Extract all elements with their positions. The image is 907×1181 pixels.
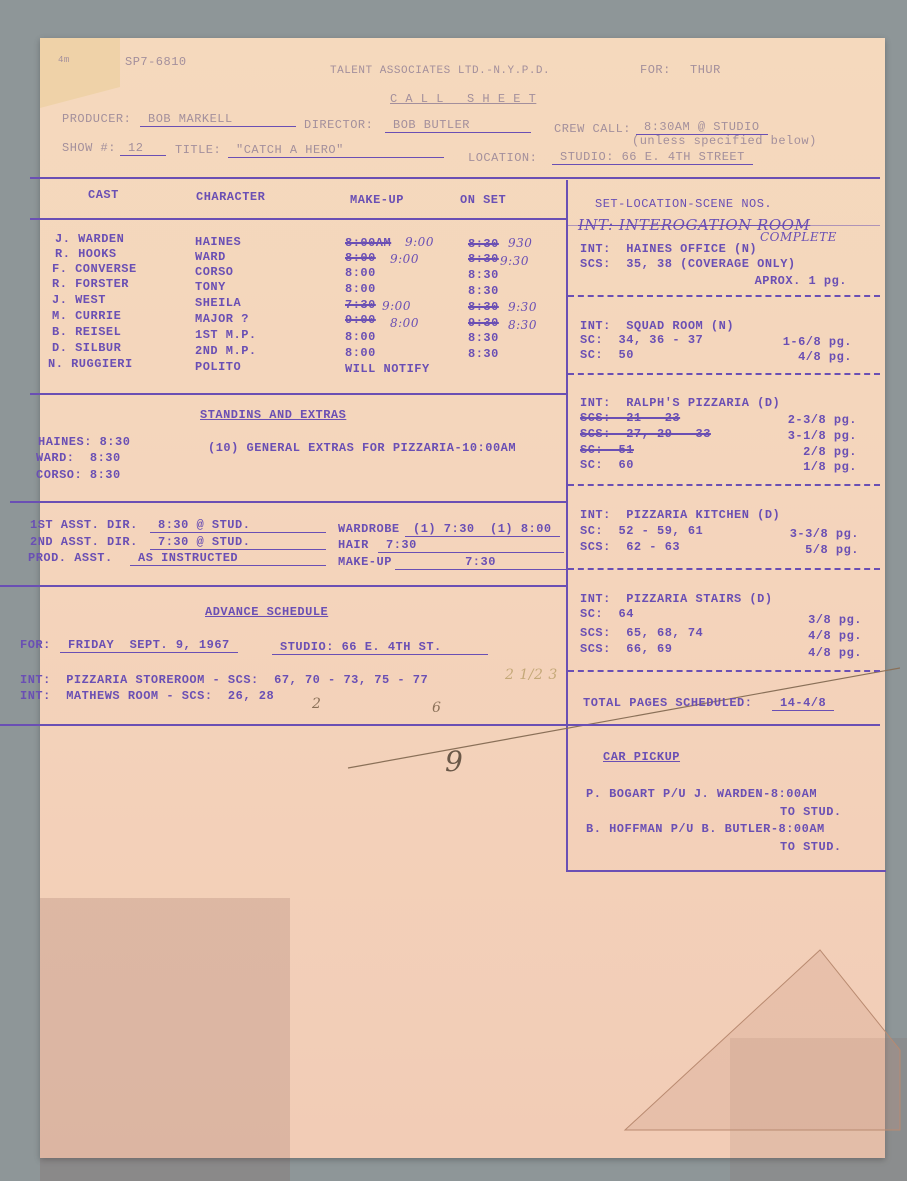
makeup-time: 8:00 xyxy=(345,266,376,280)
total-pages-label: TOTAL PAGES SCHEDULED: xyxy=(583,696,752,710)
scene-pages: 1/8 pg. xyxy=(803,460,857,474)
wardrobe-label: WARDROBE xyxy=(338,522,400,536)
onset-time-handwritten: 9:30 xyxy=(500,254,529,268)
crew-call-note: (unless specified below) xyxy=(632,134,817,148)
character-name: TONY xyxy=(195,280,226,294)
show-value: 12 xyxy=(120,141,166,156)
makeup-time-handwritten: 8:00 xyxy=(390,316,419,330)
scene-pages: 2/8 pg. xyxy=(803,445,857,459)
onset-time: 8:30 xyxy=(468,268,499,282)
wardrobe-value: (1) 7:30 (1) 8:00 xyxy=(405,522,560,537)
divider xyxy=(30,218,566,220)
standins-title: STANDINS AND EXTRAS xyxy=(200,408,346,422)
scene-pages: 5/8 pg. xyxy=(805,543,859,557)
character-name: CORSO xyxy=(195,265,234,279)
makeup-time: 9:00 xyxy=(345,313,376,327)
character-name: WARD xyxy=(195,250,226,264)
character-name: SHEILA xyxy=(195,296,241,310)
title-label: TITLE: xyxy=(175,143,221,157)
scene-numbers: SC: 34, 36 - 37 xyxy=(580,333,703,347)
character-name: POLITO xyxy=(195,360,241,374)
scene-pages: APROX. 1 pg. xyxy=(755,274,847,288)
makeup-time-handwritten: 9:00 xyxy=(405,235,434,249)
scene-pages: 4/8 pg. xyxy=(798,350,852,364)
scene-pages: 3-1/8 pg. xyxy=(788,429,857,443)
car-pickup-line: P. BOGART P/U J. WARDEN-8:00AM xyxy=(586,787,817,801)
car-pickup-line: TO STUD. xyxy=(780,840,842,854)
cast-name: N. RUGGIERI xyxy=(48,357,133,371)
pa-label: PROD. ASST. xyxy=(28,551,113,565)
car-pickup-line: B. HOFFMAN P/U B. BUTLER-8:00AM xyxy=(586,822,825,836)
scene-numbers: SC: 51 xyxy=(580,443,634,457)
dashed-divider xyxy=(568,670,880,672)
col-header-cast: CAST xyxy=(88,188,119,202)
character-name: 1ST M.P. xyxy=(195,328,257,342)
scene-numbers: SCS: 27, 29 - 33 xyxy=(580,427,711,441)
scene-numbers: SC: 64 xyxy=(580,607,634,621)
scene-title: INT: HAINES OFFICE (N) xyxy=(580,242,757,256)
car-pickup-title: CAR PICKUP xyxy=(603,750,680,764)
onset-time: 8:30 xyxy=(468,331,499,345)
divider xyxy=(566,225,880,226)
scene-numbers: SCS: 62 - 63 xyxy=(580,540,680,554)
cast-name: D. SILBUR xyxy=(52,341,121,355)
location-value: STUDIO: 66 E. 4TH STREET xyxy=(552,150,753,165)
for-value: THUR xyxy=(690,63,721,77)
first-ad-value: 8:30 @ STUD. xyxy=(150,518,326,533)
makeup-time: 8:00AM xyxy=(345,236,391,250)
onset-time: 8:30 xyxy=(468,284,499,298)
character-name: 2ND M.P. xyxy=(195,344,257,358)
show-label: SHOW #: xyxy=(62,141,116,155)
scene-title: INT: PIZZARIA STAIRS (D) xyxy=(580,592,773,606)
scene-numbers: SC: 50 xyxy=(580,348,634,362)
scene-title: INT: PIZZARIA KITCHEN (D) xyxy=(580,508,780,522)
makeup-time: WILL NOTIFY xyxy=(345,362,430,376)
standin-item: WARD: 8:30 xyxy=(36,451,121,465)
scene-pages: 3/8 pg. xyxy=(808,613,862,627)
folded-corner-bottom xyxy=(600,930,907,1150)
divider xyxy=(0,585,566,587)
cast-name: J. WARDEN xyxy=(55,232,124,246)
second-ad-label: 2ND ASST. DIR. xyxy=(30,535,138,549)
makeup-time: 7:30 xyxy=(345,298,376,312)
producer-value: BOB MARKELL xyxy=(140,112,296,127)
location-label: LOCATION: xyxy=(468,151,537,165)
onset-time: 8:30 xyxy=(468,252,499,266)
director-label: DIRECTOR: xyxy=(304,118,373,132)
makeup-value: 7:30 xyxy=(395,555,566,570)
car-pickup-line: TO STUD. xyxy=(780,805,842,819)
makeup-time: 8:00 xyxy=(345,346,376,360)
shadow xyxy=(40,898,290,1181)
makeup-time: 8:00 xyxy=(345,330,376,344)
scene-pages: 1-6/8 pg. xyxy=(783,335,852,349)
producer-label: PRODUCER: xyxy=(62,112,131,126)
cast-name: J. WEST xyxy=(52,293,106,307)
pa-value: AS INSTRUCTED xyxy=(130,551,326,566)
crew-call-label: CREW CALL: xyxy=(554,122,631,136)
scene-numbers: SC: 60 xyxy=(580,458,634,472)
page-title: C A L L S H E E T xyxy=(390,92,536,106)
cast-name: R. FORSTER xyxy=(52,277,129,291)
col-header-onset: ON SET xyxy=(460,193,506,207)
dashed-divider xyxy=(568,373,880,375)
dashed-divider xyxy=(568,295,880,297)
hair-value: 7:30 xyxy=(378,538,564,553)
episode-title: "CATCH A HERO" xyxy=(228,143,444,158)
makeup-time: 8:00 xyxy=(345,282,376,296)
scenes-header: SET-LOCATION-SCENE NOS. xyxy=(595,197,772,211)
character-name: MAJOR ? xyxy=(195,312,249,326)
cast-name: B. REISEL xyxy=(52,325,121,339)
cast-name: F. CONVERSE xyxy=(52,262,137,276)
makeup-label: MAKE-UP xyxy=(338,555,392,569)
scene-pages: 4/8 pg. xyxy=(808,629,862,643)
makeup-time: 8:00 xyxy=(345,251,376,265)
first-ad-label: 1ST ASST. DIR. xyxy=(30,518,138,532)
dashed-divider xyxy=(568,484,880,486)
divider xyxy=(0,724,880,726)
second-ad-value: 7:30 @ STUD. xyxy=(150,535,326,550)
for-label: FOR: xyxy=(640,63,671,77)
onset-time: 8:30 xyxy=(468,347,499,361)
divider xyxy=(30,393,566,395)
divider xyxy=(30,177,880,179)
onset-time: 8:30 xyxy=(468,237,499,251)
handwritten-complete: COMPLETE xyxy=(760,230,837,244)
onset-time-handwritten: 930 xyxy=(508,236,532,250)
scene-title: INT: RALPH'S PIZZARIA (D) xyxy=(580,396,780,410)
form-code: SP7-6810 xyxy=(125,55,187,69)
onset-time: 8:30 xyxy=(468,300,499,314)
total-pages-value: 14-4/8 xyxy=(772,696,834,711)
onset-time-handwritten: 8:30 xyxy=(508,318,537,332)
divider xyxy=(566,870,886,872)
scene-pages: 2-3/8 pg. xyxy=(788,413,857,427)
scene-pages: 3-3/8 pg. xyxy=(790,527,859,541)
advance-line: INT: MATHEWS ROOM - SCS: 26, 28 xyxy=(20,689,274,703)
onset-time: 9:30 xyxy=(468,316,499,330)
crew-call-value: 8:30AM @ STUDIO xyxy=(636,120,768,135)
divider xyxy=(10,501,566,503)
makeup-time-handwritten: 9:00 xyxy=(390,252,419,266)
hair-label: HAIR xyxy=(338,538,369,552)
advance-for-label: FOR: xyxy=(20,638,51,652)
standin-item: HAINES: 8:30 xyxy=(38,435,130,449)
scene-title: INT: SQUAD ROOM (N) xyxy=(580,319,734,333)
makeup-time-handwritten: 9:00 xyxy=(382,299,411,313)
dashed-divider xyxy=(568,568,880,570)
onset-time-handwritten: 9:30 xyxy=(508,300,537,314)
advance-studio: STUDIO: 66 E. 4TH ST. xyxy=(272,640,488,655)
corner-mark: 4m xyxy=(58,55,70,65)
character-name: HAINES xyxy=(195,235,241,249)
advance-date: FRIDAY SEPT. 9, 1967 xyxy=(60,638,238,653)
col-header-makeup: MAKE-UP xyxy=(350,193,404,207)
scene-numbers: SCS: 21 - 23 xyxy=(580,411,680,425)
scene-numbers: SCS: 66, 69 xyxy=(580,642,672,656)
cast-name: M. CURRIE xyxy=(52,309,121,323)
scene-numbers: SCS: 65, 68, 74 xyxy=(580,626,703,640)
director-value: BOB BUTLER xyxy=(385,118,531,133)
advance-title: ADVANCE SCHEDULE xyxy=(205,605,328,619)
standin-item: CORSO: 8:30 xyxy=(36,468,121,482)
scene-numbers: SCS: 35, 38 (COVERAGE ONLY) xyxy=(580,257,796,271)
scene-pages: 4/8 pg. xyxy=(808,646,862,660)
cast-name: R. HOOKS xyxy=(55,247,117,261)
extras-note: (10) GENERAL EXTRAS FOR PIZZARIA-10:00AM xyxy=(208,441,516,455)
handwritten-note: 2 xyxy=(312,696,321,712)
company-name: TALENT ASSOCIATES LTD.-N.Y.P.D. xyxy=(330,65,550,77)
scene-numbers: SC: 52 - 59, 61 xyxy=(580,524,703,538)
col-header-character: CHARACTER xyxy=(196,190,265,204)
